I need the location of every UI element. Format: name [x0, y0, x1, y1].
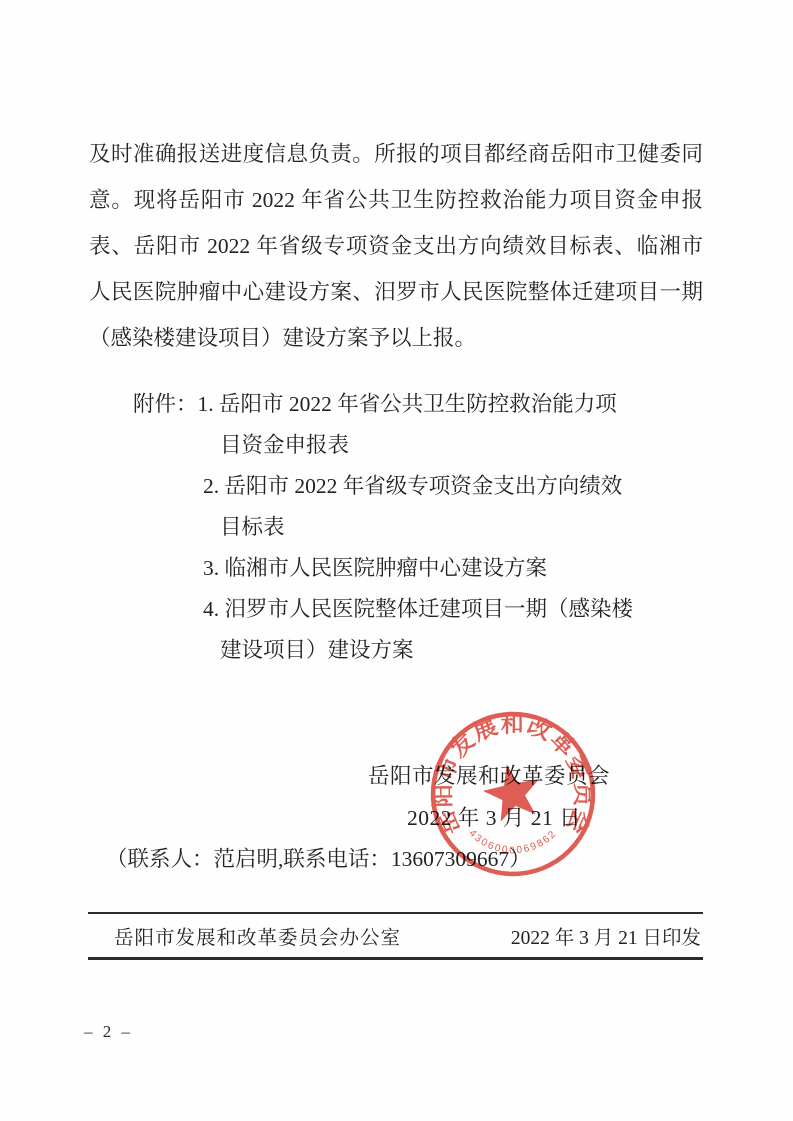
attachment-line: 2. 岳阳市 2022 年省级专项资金支出方向绩效 — [0, 466, 793, 507]
document-page: 及时准确报送进度信息负责。所报的项目都经商岳阳市卫健委同 意。现将岳阳市 202… — [0, 0, 793, 1121]
body-line: （感染楼建设项目）建设方案予以上报。 — [89, 315, 703, 361]
attachment-list: 附件：1. 岳阳市 2022 年省公共卫生防控救治能力项 目资金申报表 2. 岳… — [0, 384, 793, 671]
footer-office: 岳阳市发展和改革委员会办公室 — [88, 924, 401, 954]
footer-issue-date: 2022 年 3 月 21 日印发 — [511, 924, 703, 954]
body-line: 意。现将岳阳市 2022 年省公共卫生防控救治能力项目资金申报 — [89, 177, 703, 223]
body-line: 及时准确报送进度信息负责。所报的项目都经商岳阳市卫健委同 — [89, 131, 703, 177]
svg-text:4306000069862: 4306000069862 — [467, 828, 560, 856]
footer-rule-top — [88, 912, 703, 914]
body-line: 表、岳阳市 2022 年省级专项资金支出方向绩效目标表、临湘市 — [89, 223, 703, 269]
body-paragraph: 及时准确报送进度信息负责。所报的项目都经商岳阳市卫健委同 意。现将岳阳市 202… — [89, 131, 703, 361]
official-seal: 岳阳市发展和改革委员会 4306000069862 — [427, 708, 599, 880]
attachment-line: 3. 临湘市人民医院肿瘤中心建设方案 — [0, 548, 793, 589]
attachment-line: 建设项目）建设方案 — [0, 630, 793, 671]
seal-code: 4306000069862 — [467, 828, 560, 856]
attachment-line: 目资金申报表 — [0, 425, 793, 466]
attachment-line: 目标表 — [0, 507, 793, 548]
body-line: 人民医院肿瘤中心建设方案、汨罗市人民医院整体迁建项目一期 — [89, 269, 703, 315]
footer-rule-bottom — [88, 957, 703, 960]
attachment-line: 附件：1. 岳阳市 2022 年省公共卫生防控救治能力项 — [0, 384, 793, 425]
attachment-line: 4. 汨罗市人民医院整体迁建项目一期（感染楼 — [0, 589, 793, 630]
seal-star — [483, 764, 539, 821]
page-number: – 2 – — [84, 1022, 133, 1042]
footer-row: 岳阳市发展和改革委员会办公室 2022 年 3 月 21 日印发 — [88, 924, 703, 954]
